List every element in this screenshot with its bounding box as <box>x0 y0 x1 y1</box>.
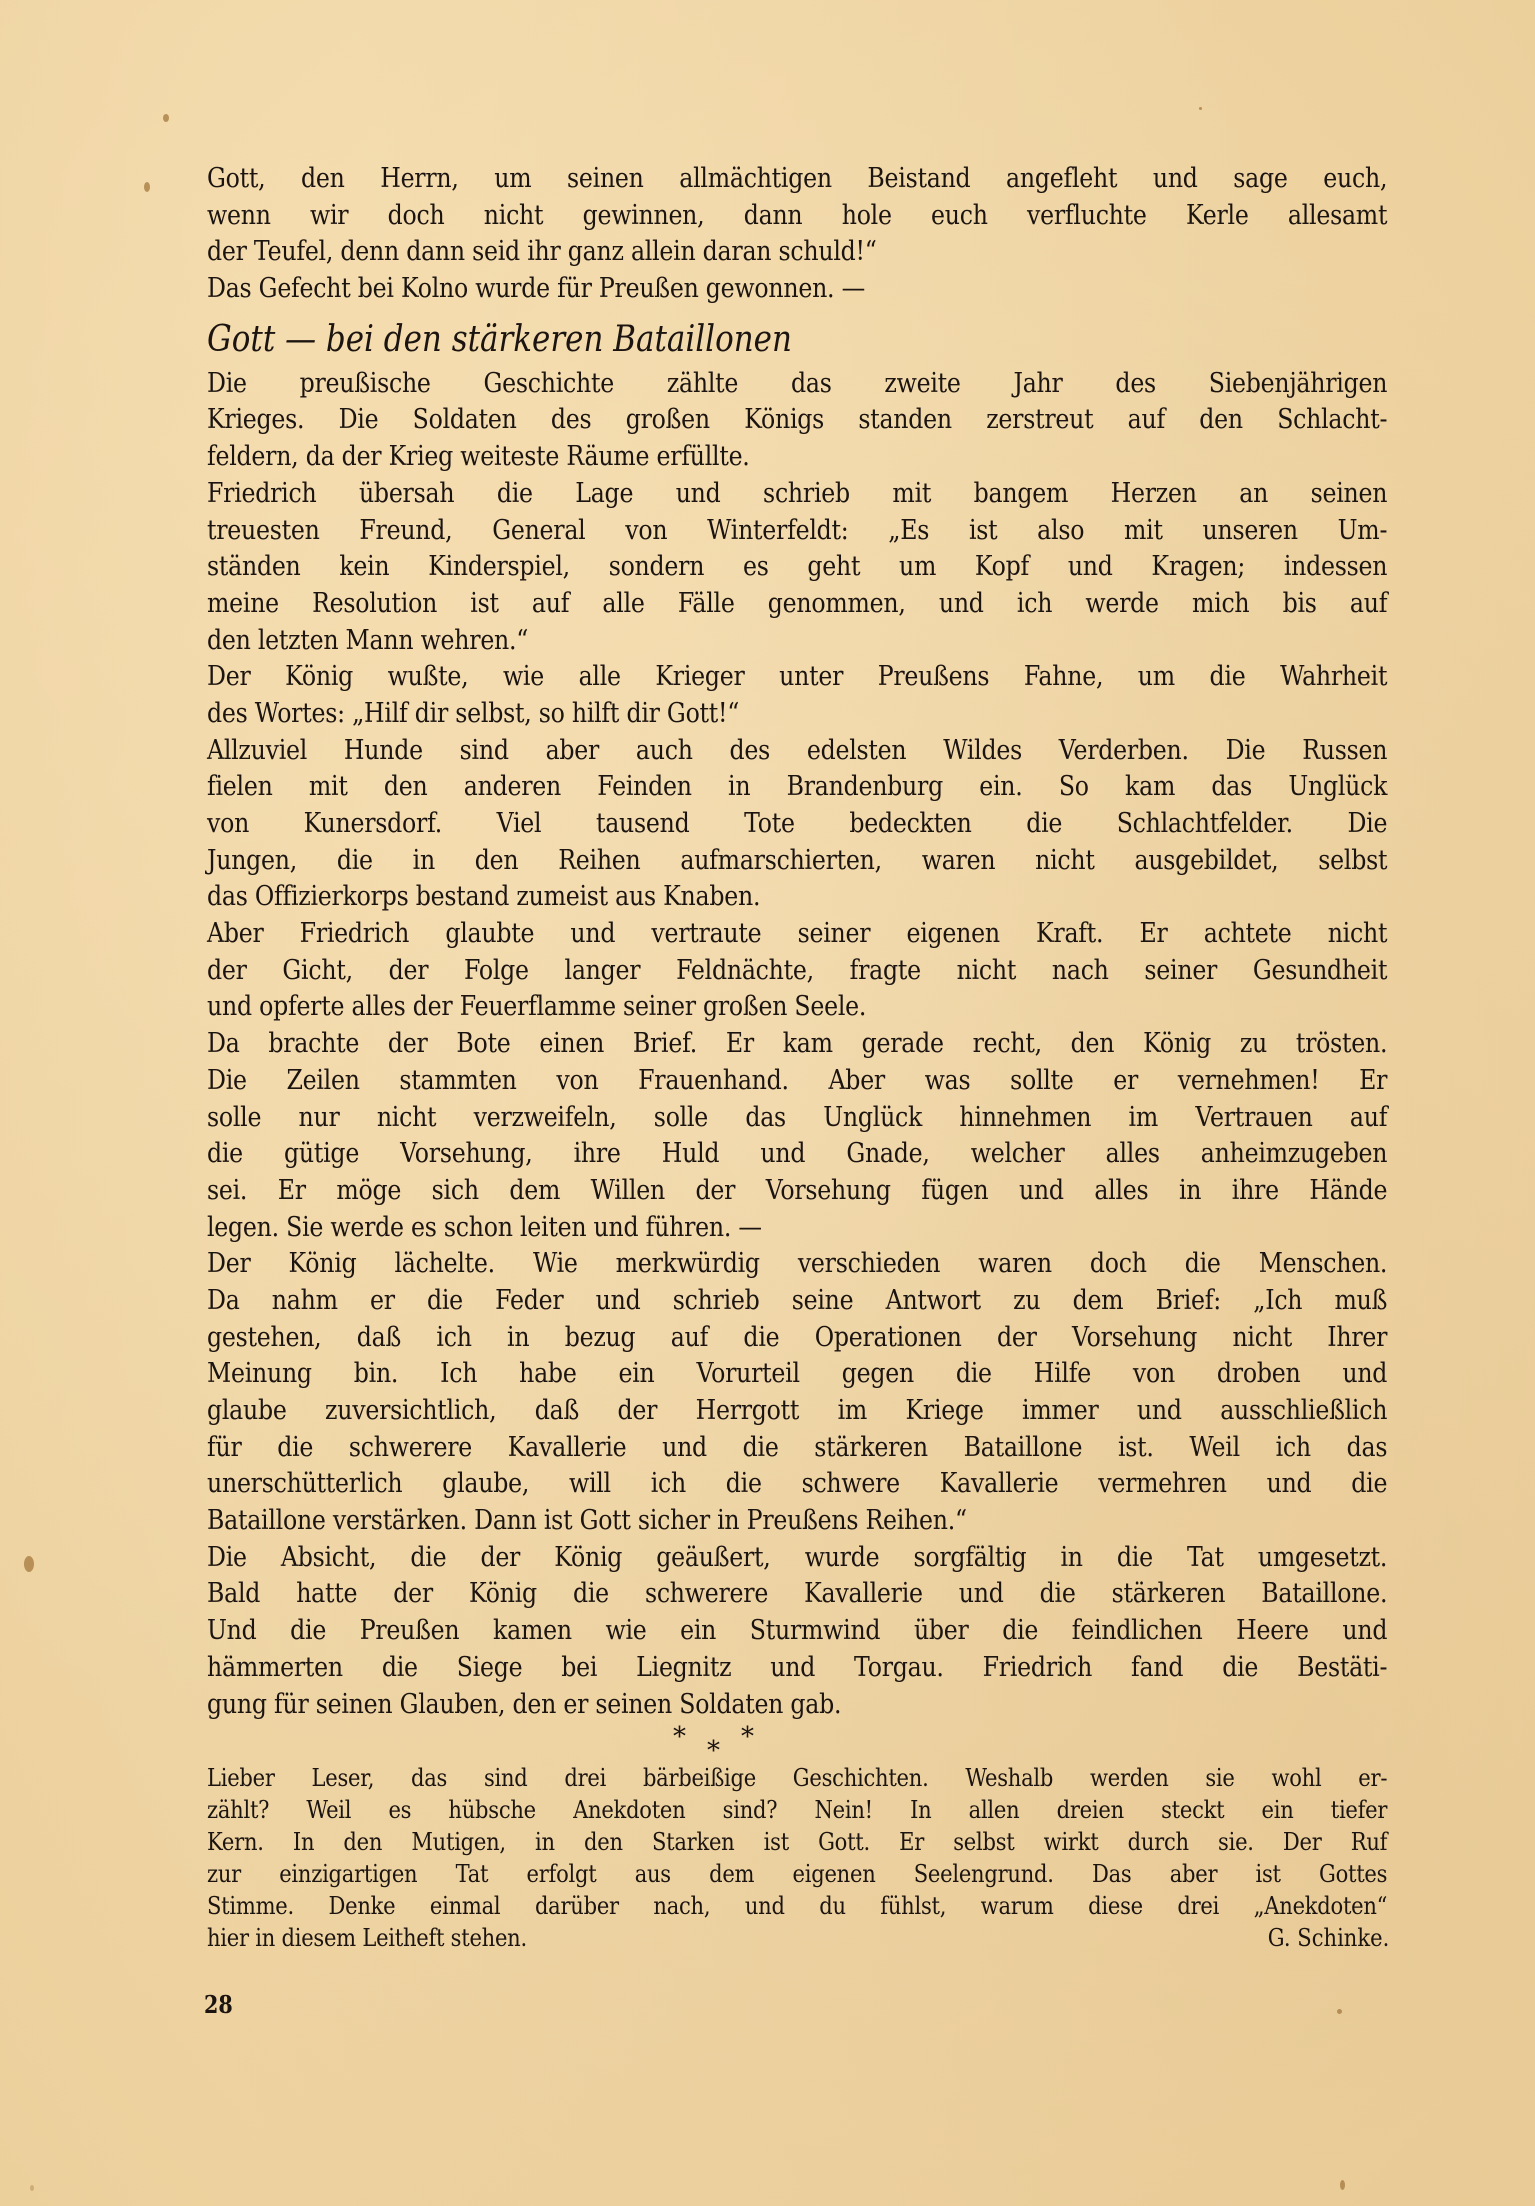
text-line: Die preußische Geschichte zählte das zwe… <box>207 365 1387 402</box>
text-line: Das Gefecht bei Kolno wurde für Preußen … <box>207 270 1387 307</box>
paragraph: Friedrich übersah die Lage und schrieb m… <box>207 475 1387 658</box>
text-line: Die Zeilen stammten von Frauenhand. Aber… <box>207 1062 1387 1099</box>
text-line: der Teufel, denn dann seid ihr ganz alle… <box>207 233 1387 270</box>
section-title: Gott — bei den stärkeren Bataillonen <box>207 317 1222 363</box>
author-signature: G. Schinke. <box>1267 1922 1389 1954</box>
text-line: sei. Er möge sich dem Willen der Vorsehu… <box>207 1172 1387 1209</box>
text-line: unerschütterlich glaube, will ich die sc… <box>207 1465 1387 1502</box>
text-line: Kern. In den Mutigen, in den Starken ist… <box>207 1826 1387 1858</box>
intro-paragraph: Gott, den Herrn, um seinen allmächtigen … <box>207 160 1387 307</box>
text-line: und opferte alles der Feuerflamme seiner… <box>207 988 1387 1025</box>
text-line: legen. Sie werde es schon leiten und füh… <box>207 1209 1387 1246</box>
text-line: Allzuviel Hunde sind aber auch des edels… <box>207 732 1387 769</box>
text-line: Krieges. Die Soldaten des großen Königs … <box>207 401 1387 438</box>
text-line: den letzten Mann wehren.“ <box>207 622 1387 659</box>
paragraph: Allzuviel Hunde sind aber auch des edels… <box>207 732 1387 915</box>
epilogue-paragraph: Lieber Leser, das sind drei bärbeißige G… <box>207 1762 1387 1954</box>
text-line: Bald hatte der König die schwerere Kaval… <box>207 1575 1387 1612</box>
text-line: gestehen, daß ich in bezug auf die Opera… <box>207 1319 1387 1356</box>
paper-speck <box>24 1556 34 1572</box>
paragraph: Der König lächelte. Wie merkwürdig versc… <box>207 1245 1387 1539</box>
paragraph: Aber Friedrich glaubte und vertraute sei… <box>207 915 1387 1025</box>
paper-speck <box>1199 107 1202 110</box>
paragraph: Die Absicht, die der König geäußert, wur… <box>207 1539 1387 1722</box>
text-line: wenn wir doch nicht gewinnen, dann hole … <box>207 197 1387 234</box>
text-line: hier in diesem Leitheft stehen. <box>207 1922 1387 1954</box>
paper-speck <box>1340 2180 1345 2190</box>
paper-speck <box>163 114 169 122</box>
text-line: zur einzigartigen Tat erfolgt aus dem ei… <box>207 1858 1387 1890</box>
text-line: hämmerten die Siege bei Liegnitz und Tor… <box>207 1649 1387 1686</box>
text-line: Aber Friedrich glaubte und vertraute sei… <box>207 915 1387 952</box>
text-line: Da brachte der Bote einen Brief. Er kam … <box>207 1025 1387 1062</box>
text-line: treuesten Freund, General von Winterfeld… <box>207 512 1387 549</box>
text-line: die gütige Vorsehung, ihre Huld und Gnad… <box>207 1135 1387 1172</box>
page-number: 28 <box>204 1990 233 2019</box>
text-line: Friedrich übersah die Lage und schrieb m… <box>207 475 1387 512</box>
text-line: glaube zuversichtlich, daß der Herrgott … <box>207 1392 1387 1429</box>
text-line: der Gicht, der Folge langer Feldnächte, … <box>207 952 1387 989</box>
paragraph: Die preußische Geschichte zählte das zwe… <box>207 365 1387 475</box>
text-line: von Kunersdorf. Viel tausend Tote bedeck… <box>207 805 1387 842</box>
text-line: meine Resolution ist auf alle Fälle geno… <box>207 585 1387 622</box>
text-line: ständen kein Kinderspiel, sondern es geh… <box>207 548 1387 585</box>
text-line: Der König wußte, wie alle Krieger unter … <box>207 658 1387 695</box>
paper-speck <box>30 2185 34 2191</box>
text-line: zählt? Weil es hübsche Anekdoten sind? N… <box>207 1794 1387 1826</box>
text-line: Da nahm er die Feder und schrieb seine A… <box>207 1282 1387 1319</box>
text-line: solle nur nicht verzweifeln, solle das U… <box>207 1099 1387 1136</box>
text-line: Gott, den Herrn, um seinen allmächtigen … <box>207 160 1387 197</box>
text-line: Jungen, die in den Reihen aufmarschierte… <box>207 842 1387 879</box>
text-line: Die Absicht, die der König geäußert, wur… <box>207 1539 1387 1576</box>
text-line: Lieber Leser, das sind drei bärbeißige G… <box>207 1762 1387 1794</box>
section-body: Die preußische Geschichte zählte das zwe… <box>207 365 1387 1722</box>
text-line: für die schwerere Kavallerie und die stä… <box>207 1429 1387 1466</box>
asterisk-icon: * <box>673 1722 686 1752</box>
paper-speck <box>1337 2009 1342 2014</box>
text-line: Und die Preußen kamen wie ein Sturmwind … <box>207 1612 1387 1649</box>
text-line: Der König lächelte. Wie merkwürdig versc… <box>207 1245 1387 1282</box>
text-line: des Wortes: „Hilf dir selbst, so hilft d… <box>207 695 1387 732</box>
paragraph: Der König wußte, wie alle Krieger unter … <box>207 658 1387 731</box>
asterisk-icon: * <box>741 1722 754 1752</box>
page-text: Gott, den Herrn, um seinen allmächtigen … <box>207 160 1387 1954</box>
section-separator: * * * <box>207 1722 1387 1762</box>
paper-speck <box>144 182 150 192</box>
text-line: gung für seinen Glauben, den er seinen S… <box>207 1686 1387 1723</box>
text-line: Stimme. Denke einmal darüber nach, und d… <box>207 1890 1387 1922</box>
text-line: das Offizierkorps bestand zumeist aus Kn… <box>207 878 1387 915</box>
text-line: Bataillone verstärken. Dann ist Gott sic… <box>207 1502 1387 1539</box>
text-line: Meinung bin. Ich habe ein Vorurteil gege… <box>207 1355 1387 1392</box>
closing-line: hier in diesem Leitheft stehen. G. Schin… <box>207 1922 1387 1954</box>
text-line: feldern, da der Krieg weiteste Räume erf… <box>207 438 1387 475</box>
text-line: fielen mit den anderen Feinden in Brande… <box>207 768 1387 805</box>
paragraph: Da brachte der Bote einen Brief. Er kam … <box>207 1025 1387 1245</box>
